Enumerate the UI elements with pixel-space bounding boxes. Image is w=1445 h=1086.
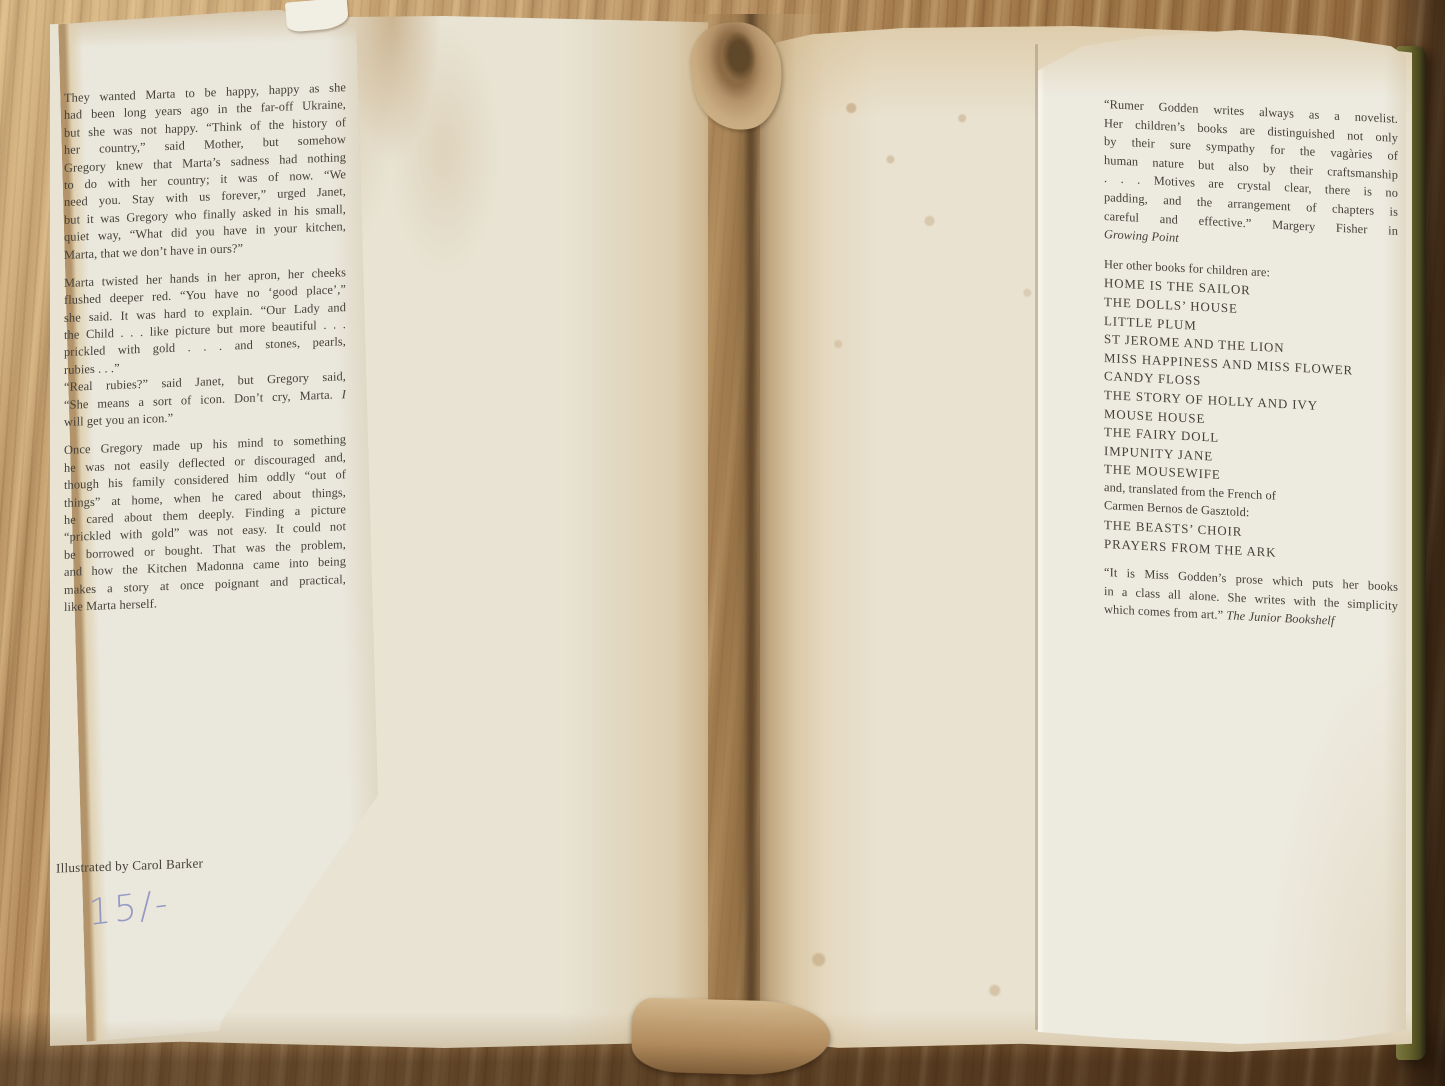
paragraph-block: Marta twisted her hands in her apron, he… [64,264,346,379]
paragraph-block: “Real rubies?” said Janet, but Gregory s… [64,368,346,431]
torn-spine-paper-bottom [631,997,831,1076]
paragraph-block: “Rumer Godden writes always as a novelis… [1104,96,1398,260]
photo-open-book: They wanted Marta to be happy, happy as … [0,0,1445,1086]
paragraph-block: They wanted Marta to be happy, happy as … [64,79,346,264]
paragraph-block: Her other books for children are:HOME IS… [1104,256,1398,568]
right-flap-edge-shadow [1035,44,1038,1030]
paragraph-block: Once Gregory made up his mind to somethi… [64,432,346,617]
left-flap-text: They wanted Marta to be happy, happy as … [64,79,346,616]
right-flap-text: “Rumer Godden writes always as a novelis… [1104,96,1398,635]
